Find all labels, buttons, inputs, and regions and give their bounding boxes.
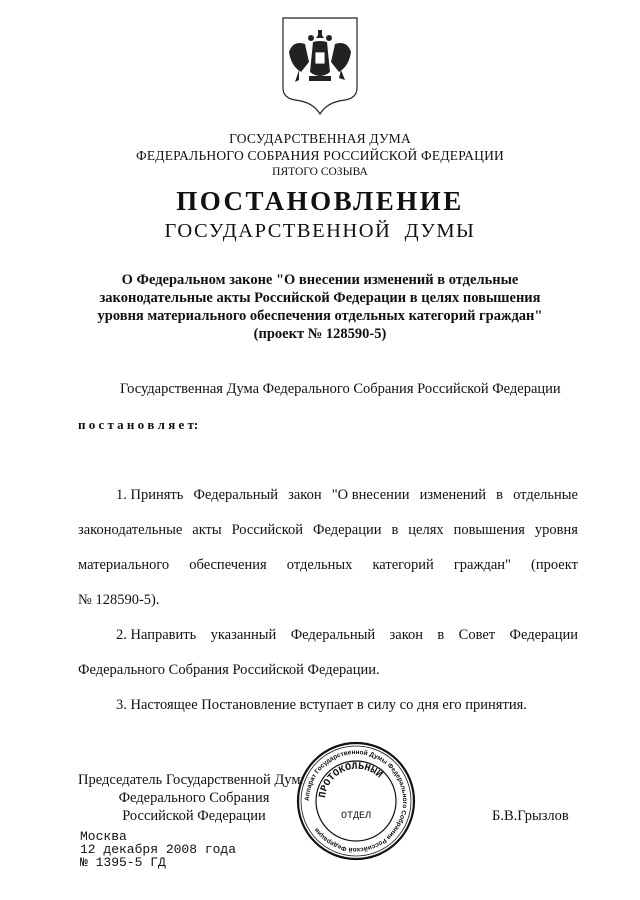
word: категорий bbox=[372, 557, 433, 574]
word: в bbox=[391, 522, 398, 539]
subject-line-4: (проект № 128590-5) bbox=[0, 325, 640, 343]
document-title: ПОСТАНОВЛЕНИЕ bbox=[0, 186, 640, 217]
word: 1. Принять bbox=[116, 487, 183, 504]
word: отдельные bbox=[513, 487, 578, 504]
coat-of-arms-emblem bbox=[275, 10, 365, 115]
word: Российской bbox=[232, 522, 303, 539]
signatory-position-line-2: Федерального Собрания bbox=[78, 790, 310, 807]
word: "О внесении bbox=[332, 487, 410, 504]
svg-text:ОТДЕЛ: ОТДЕЛ bbox=[341, 811, 371, 822]
item-1-line-2: законодательные акты Российской Федераци… bbox=[78, 522, 578, 539]
header-line-federal-assembly: ФЕДЕРАЛЬНОГО СОБРАНИЯ РОССИЙСКОЙ ФЕДЕРАЦ… bbox=[0, 148, 640, 164]
word: закон bbox=[288, 487, 321, 504]
word: законодательные bbox=[78, 522, 182, 539]
word: закон bbox=[390, 627, 423, 644]
item-1-line-3: материального обеспечения отдельных кате… bbox=[78, 557, 578, 574]
subject-line-1: О Федеральном законе "О внесении изменен… bbox=[0, 271, 640, 289]
word: целях bbox=[408, 522, 443, 539]
word: указанный bbox=[211, 627, 277, 644]
word: уровня bbox=[535, 522, 578, 539]
document-subtitle: ГОСУДАРСТВЕННОЙ ДУМЫ bbox=[0, 220, 640, 243]
preamble: Государственная Дума Федерального Собран… bbox=[120, 381, 561, 398]
footer-number: № 1395-5 ГД bbox=[80, 856, 166, 869]
signatory-position-line-1: Председатель Государственной Думы bbox=[78, 772, 310, 789]
word: отдельных bbox=[287, 557, 353, 574]
item-2-line-1: 2. Направить указанный Федеральный закон… bbox=[116, 627, 578, 644]
word: в bbox=[496, 487, 503, 504]
word: обеспечения bbox=[189, 557, 266, 574]
word: (проект bbox=[531, 557, 578, 574]
header-line-convocation: ПЯТОГО СОЗЫВА bbox=[0, 166, 640, 178]
word: акты bbox=[192, 522, 221, 539]
word: Федеральный bbox=[194, 487, 278, 504]
word: изменений bbox=[420, 487, 486, 504]
word: Федеральный bbox=[291, 627, 375, 644]
subject-line-3: уровня материального обеспечения отдельн… bbox=[0, 307, 640, 325]
word: материального bbox=[78, 557, 169, 574]
word: в bbox=[437, 627, 444, 644]
word: Совет bbox=[459, 627, 495, 644]
item-1-line-4: № 128590-5). bbox=[78, 592, 160, 609]
header-line-duma: ГОСУДАРСТВЕННАЯ ДУМА bbox=[0, 131, 640, 147]
signatory-name: Б.В.Грызлов bbox=[492, 808, 569, 825]
word: 2. Направить bbox=[116, 627, 196, 644]
item-2-line-2: Федерального Собрания Российской Федерац… bbox=[78, 662, 380, 679]
word: Федерации bbox=[313, 522, 381, 539]
official-stamp: Аппарат Государственной Думы Федеральног… bbox=[295, 740, 417, 862]
word: граждан" bbox=[454, 557, 511, 574]
subject-line-2: законодательные акты Российской Федераци… bbox=[0, 289, 640, 307]
word: Федерации bbox=[510, 627, 578, 644]
word: повышения bbox=[454, 522, 525, 539]
signatory-position-line-3: Российской Федерации bbox=[78, 808, 310, 825]
item-1-line-1: 1. Принять Федеральный закон "О внесении… bbox=[116, 487, 578, 504]
resolves-label: п о с т а н о в л я е т: bbox=[78, 417, 198, 433]
item-3: 3. Настоящее Постановление вступает в си… bbox=[116, 697, 527, 714]
